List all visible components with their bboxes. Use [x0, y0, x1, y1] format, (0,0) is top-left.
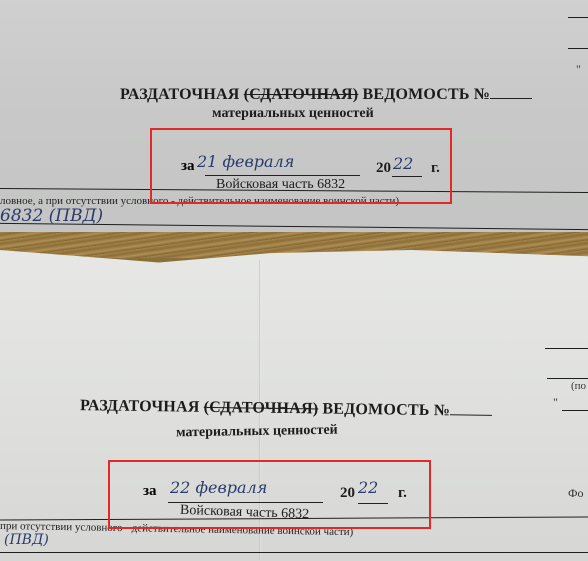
highlight-box	[150, 128, 452, 204]
side-label-po: (по	[571, 380, 586, 392]
divider-line	[0, 223, 588, 230]
highlight-box	[108, 460, 431, 529]
title-main: РАЗДАТОЧНАЯ	[120, 86, 240, 103]
document-title: РАЗДАТОЧНАЯ (СДАТОЧНАЯ) ВЕДОМОСТЬ №	[80, 395, 492, 421]
title-number-label: ВЕДОМОСТЬ №	[322, 401, 450, 420]
side-blank-line	[545, 348, 588, 349]
side-blank-line	[562, 410, 588, 411]
title-struck: (СДАТОЧНАЯ)	[204, 399, 319, 418]
title-main: РАЗДАТОЧНАЯ	[80, 397, 200, 416]
side-blank-line	[568, 17, 588, 18]
document-subtitle: материальных ценностей	[212, 106, 374, 122]
handwritten-unit: (ПВД)	[4, 532, 49, 548]
document-subtitle: материальных ценностей	[176, 423, 338, 442]
document-bottom: РАЗДАТОЧНАЯ (СДАТОЧНАЯ) ВЕДОМОСТЬ № мате…	[0, 250, 588, 561]
side-blank-line	[547, 378, 588, 379]
document-top: РАЗДАТОЧНАЯ (СДАТОЧНАЯ) ВЕДОМОСТЬ № мате…	[0, 0, 588, 246]
side-label-fo: Фо	[568, 486, 583, 501]
side-quote-mark: "	[553, 395, 558, 410]
divider-line	[0, 552, 588, 553]
number-blank	[490, 84, 532, 99]
document-title: РАЗДАТОЧНАЯ (СДАТОЧНАЯ) ВЕДОМОСТЬ №	[120, 84, 532, 104]
side-blank-line	[568, 48, 588, 49]
title-struck: (СДАТОЧНАЯ)	[244, 86, 359, 103]
number-blank	[450, 400, 492, 416]
title-number-label: ВЕДОМОСТЬ №	[363, 86, 491, 103]
side-quote-mark: "	[576, 62, 581, 77]
